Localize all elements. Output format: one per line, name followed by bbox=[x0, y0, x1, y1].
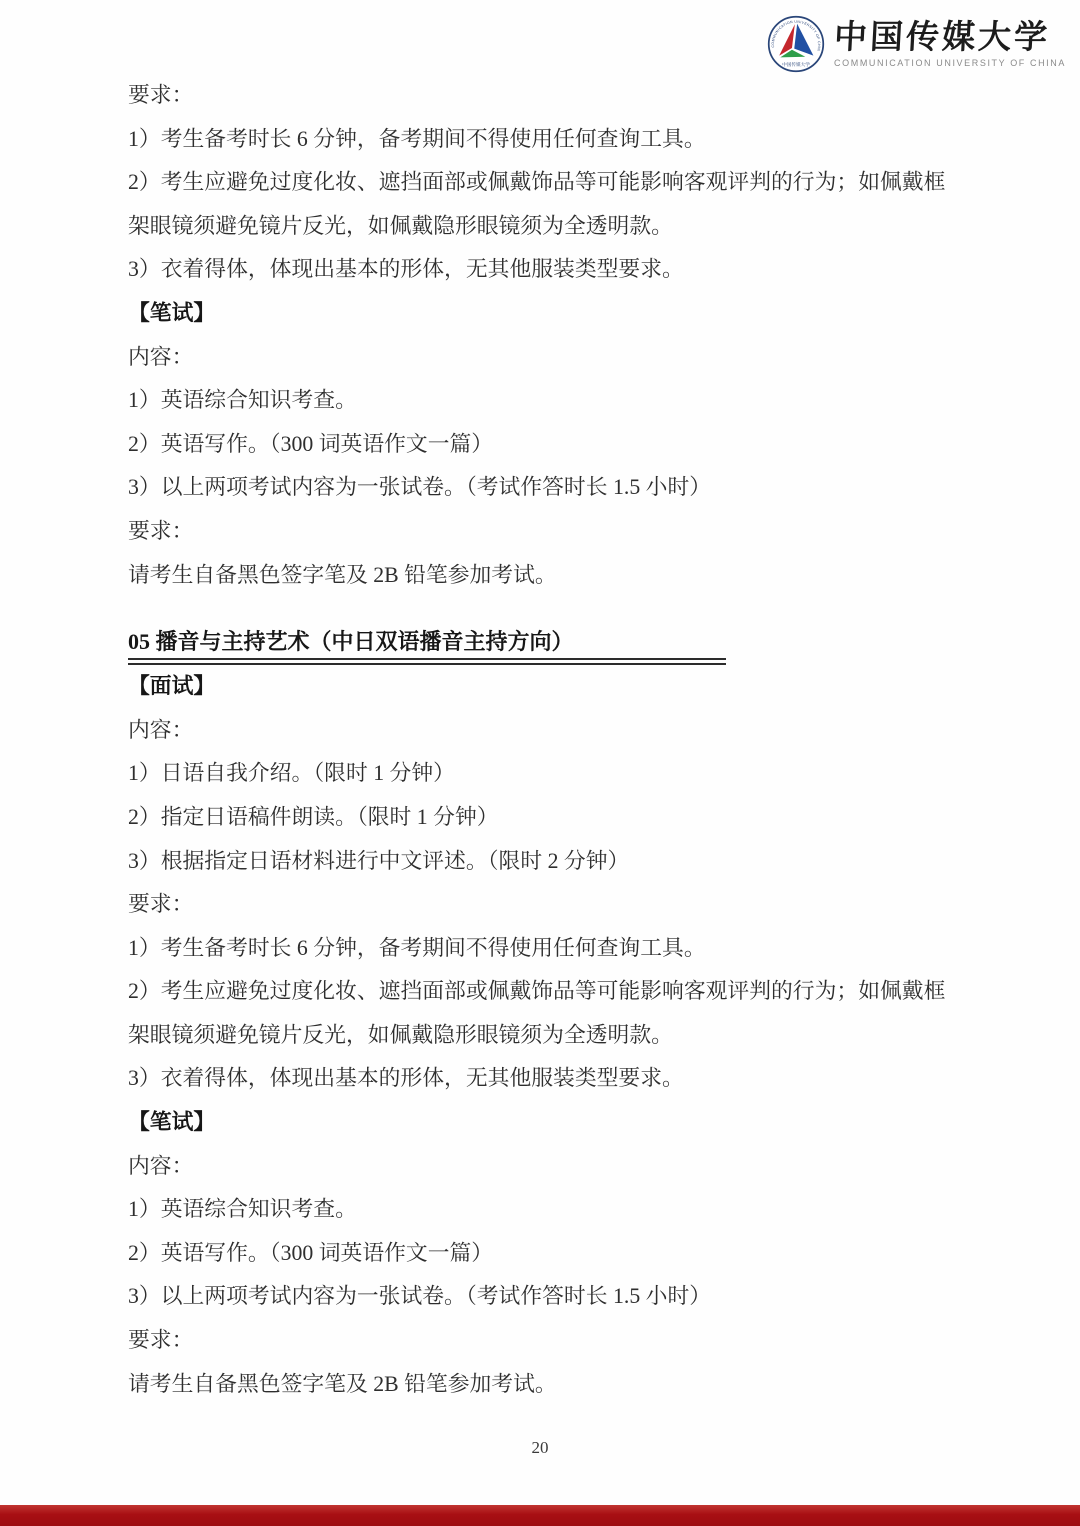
footer-accent-bar bbox=[0, 1505, 1080, 1526]
text-line: 1）考生备考时长 6 分钟，备考期间不得使用任何查询工具。 bbox=[128, 118, 960, 162]
text-line: 3）衣着得体，体现出基本的形体，无其他服装类型要求。 bbox=[128, 1057, 960, 1101]
text-line: 1）英语综合知识考查。 bbox=[128, 1188, 960, 1232]
university-logo: COMMUNICATION UNIVERSITY OF CHINA 中国传媒大学… bbox=[767, 14, 1066, 74]
text-line: 2）英语写作。（300 词英语作文一篇） bbox=[128, 423, 960, 467]
text-line: 2）考生应避免过度化妆、遮挡面部或佩戴饰品等可能影响客观评判的行为；如佩戴框 bbox=[128, 970, 960, 1014]
logo-wordmark: 中国传媒大学 COMMUNICATION UNIVERSITY OF CHINA bbox=[834, 20, 1066, 68]
text-line: 1）日语自我介绍。（限时 1 分钟） bbox=[128, 752, 960, 796]
exam-part-heading: 【笔试】 bbox=[128, 292, 960, 336]
section-divider-rule bbox=[128, 658, 726, 665]
text-line: 架眼镜须避免镜片反光，如佩戴隐形眼镜须为全透明款。 bbox=[128, 1014, 960, 1058]
text-line: 2）考生应避免过度化妆、遮挡面部或佩戴饰品等可能影响客观评判的行为；如佩戴框 bbox=[128, 161, 960, 205]
document-body: 要求：1）考生备考时长 6 分钟，备考期间不得使用任何查询工具。2）考生应避免过… bbox=[0, 74, 1080, 1406]
text-line: 架眼镜须避免镜片反光，如佩戴隐形眼镜须为全透明款。 bbox=[128, 205, 960, 249]
logo-cn-name: 中国传媒大学 bbox=[833, 20, 1051, 56]
text-line: 内容： bbox=[128, 709, 960, 753]
major-section-heading: 05 播音与主持艺术（中日双语播音主持方向） bbox=[128, 627, 960, 657]
text-line: 2）英语写作。（300 词英语作文一篇） bbox=[128, 1232, 960, 1276]
text-line: 要求： bbox=[128, 510, 960, 554]
text-line: 3）以上两项考试内容为一张试卷。（考试作答时长 1.5 小时） bbox=[128, 466, 960, 510]
document-page: COMMUNICATION UNIVERSITY OF CHINA 中国传媒大学… bbox=[0, 0, 1080, 1526]
text-line: 2）指定日语稿件朗读。（限时 1 分钟） bbox=[128, 796, 960, 840]
text-line: 3）根据指定日语材料进行中文评述。（限时 2 分钟） bbox=[128, 840, 960, 884]
exam-part-heading: 【面试】 bbox=[128, 665, 960, 709]
text-line: 内容： bbox=[128, 1145, 960, 1189]
text-line: 要求： bbox=[128, 883, 960, 927]
university-emblem-icon: COMMUNICATION UNIVERSITY OF CHINA 中国传媒大学 bbox=[767, 14, 825, 74]
text-line: 1）英语综合知识考查。 bbox=[128, 379, 960, 423]
text-line: 内容： bbox=[128, 336, 960, 380]
text-line: 请考生自备黑色签字笔及 2B 铅笔参加考试。 bbox=[128, 1363, 960, 1407]
text-line: 要求： bbox=[128, 74, 960, 118]
major-section: 05 播音与主持艺术（中日双语播音主持方向） bbox=[128, 627, 960, 665]
page-number: 20 bbox=[0, 1438, 1080, 1458]
text-line: 请考生自备黑色签字笔及 2B 铅笔参加考试。 bbox=[128, 554, 960, 598]
spacer bbox=[128, 597, 960, 627]
exam-part-heading: 【笔试】 bbox=[128, 1101, 960, 1145]
text-line: 要求： bbox=[128, 1319, 960, 1363]
text-line: 3）以上两项考试内容为一张试卷。（考试作答时长 1.5 小时） bbox=[128, 1275, 960, 1319]
text-line: 1）考生备考时长 6 分钟，备考期间不得使用任何查询工具。 bbox=[128, 927, 960, 971]
logo-en-name: COMMUNICATION UNIVERSITY OF CHINA bbox=[834, 58, 1066, 68]
text-line: 3）衣着得体，体现出基本的形体，无其他服装类型要求。 bbox=[128, 248, 960, 292]
